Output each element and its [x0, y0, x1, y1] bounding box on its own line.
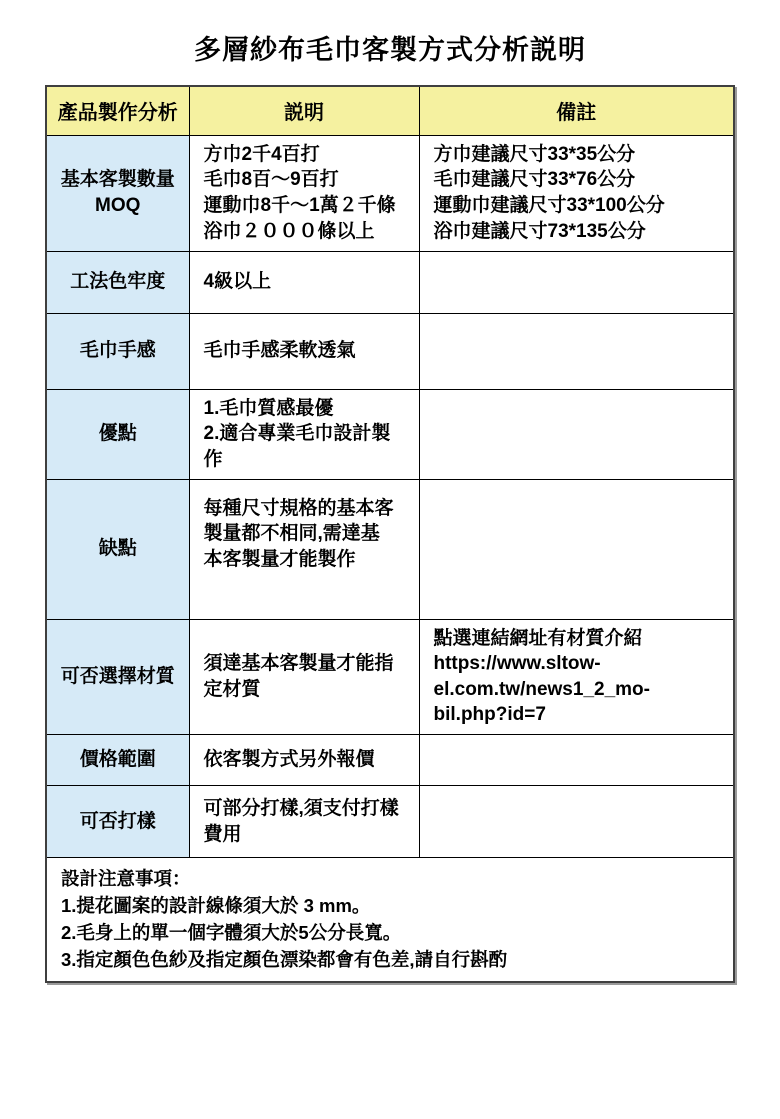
- row-note-sampling: [419, 786, 734, 858]
- row-label-price-range: 價格範圍: [46, 735, 189, 786]
- table-row: 價格範圍 依客製方式另外報價: [46, 735, 734, 786]
- row-note-colorfastness: [419, 251, 734, 313]
- row-label-colorfastness: 工法色牢度: [46, 251, 189, 313]
- page-title: 多層紗布毛巾客製方式分析説明: [0, 28, 780, 67]
- row-desc-colorfastness: 4級以上: [189, 251, 419, 313]
- analysis-table: 產品製作分析 説明 備註 基本客製數量 MOQ 方巾2千4百打 毛巾8百～9百打…: [45, 85, 735, 983]
- table-row: 工法色牢度 4級以上: [46, 251, 734, 313]
- row-label-moq: 基本客製數量 MOQ: [46, 135, 189, 251]
- row-note-price-range: [419, 735, 734, 786]
- row-desc-material-choice: 須達基本客製量才能指 定材質: [189, 619, 419, 735]
- design-notes: 設計注意事項： 1.提花圖案的設計線條須大於 3 mm。 2.毛身上的單一個字體…: [46, 858, 734, 983]
- row-desc-moq: 方巾2千4百打 毛巾8百～9百打 運動巾8千～1萬２千條 浴巾２０００條以上: [189, 135, 419, 251]
- row-desc-advantages: 1.毛巾質感最優 2.適合專業毛巾設計製作: [189, 389, 419, 479]
- table-row: 缺點 每種尺寸規格的基本客 製量都不相同,需達基 本客製量才能製作: [46, 479, 734, 619]
- row-note-texture: [419, 313, 734, 389]
- row-note-disadvantages: [419, 479, 734, 619]
- design-notes-row: 設計注意事項： 1.提花圖案的設計線條須大於 3 mm。 2.毛身上的單一個字體…: [46, 858, 734, 983]
- analysis-table-container: 產品製作分析 説明 備註 基本客製數量 MOQ 方巾2千4百打 毛巾8百～9百打…: [45, 85, 735, 983]
- header-product-analysis: 產品製作分析: [46, 86, 189, 135]
- row-desc-sampling: 可部分打樣,須支付打樣 費用: [189, 786, 419, 858]
- table-row: 可否打樣 可部分打樣,須支付打樣 費用: [46, 786, 734, 858]
- header-remarks: 備註: [419, 86, 734, 135]
- row-label-texture: 毛巾手感: [46, 313, 189, 389]
- row-desc-texture: 毛巾手感柔軟透氣: [189, 313, 419, 389]
- table-row: 基本客製數量 MOQ 方巾2千4百打 毛巾8百～9百打 運動巾8千～1萬２千條 …: [46, 135, 734, 251]
- row-note-advantages: [419, 389, 734, 479]
- row-label-material-choice: 可否選擇材質: [46, 619, 189, 735]
- table-row: 優點 1.毛巾質感最優 2.適合專業毛巾設計製作: [46, 389, 734, 479]
- header-description: 説明: [189, 86, 419, 135]
- material-link-text[interactable]: 點選連結網址有材質介紹 https://www.sltow- el.com.tw…: [419, 619, 734, 735]
- table-header-row: 產品製作分析 説明 備註: [46, 86, 734, 135]
- row-label-advantages: 優點: [46, 389, 189, 479]
- row-label-sampling: 可否打樣: [46, 786, 189, 858]
- table-row: 可否選擇材質 須達基本客製量才能指 定材質 點選連結網址有材質介紹 https:…: [46, 619, 734, 735]
- row-note-moq: 方巾建議尺寸33*35公分 毛巾建議尺寸33*76公分 運動巾建議尺寸33*10…: [419, 135, 734, 251]
- row-label-disadvantages: 缺點: [46, 479, 189, 619]
- row-desc-disadvantages: 每種尺寸規格的基本客 製量都不相同,需達基 本客製量才能製作: [189, 479, 419, 619]
- row-desc-price-range: 依客製方式另外報價: [189, 735, 419, 786]
- table-row: 毛巾手感 毛巾手感柔軟透氣: [46, 313, 734, 389]
